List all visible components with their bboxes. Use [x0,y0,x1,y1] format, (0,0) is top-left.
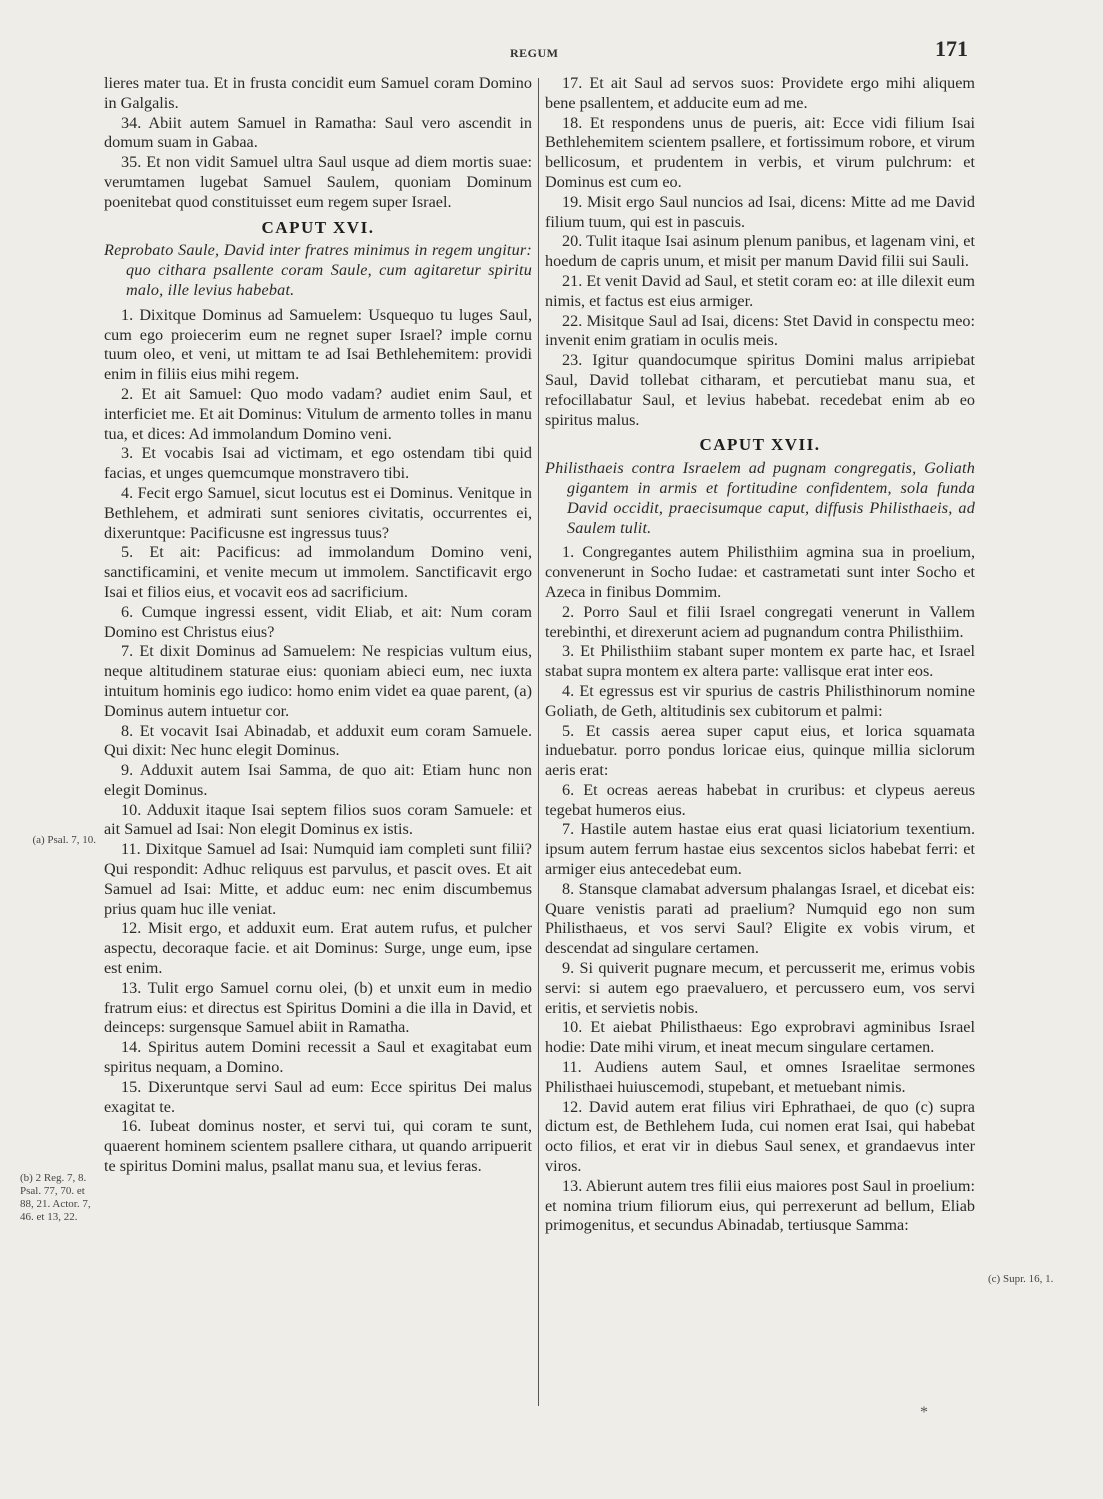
verse: 8. Stansque clamabat adversum phalangas … [545,880,975,959]
running-title: REGUM [510,46,559,61]
verse: 9. Adduxit autem Isai Samma, de quo ait:… [104,761,532,801]
book-page: REGUM 171 lieres mater tua. Et in frusta… [0,0,1103,1499]
verse: 22. Misitque Saul ad Isai, dicens: Stet … [545,312,975,352]
verse: 23. Igitur quandocumque spiritus Domini … [545,351,975,430]
verse: 16. Iubeat dominus noster, et servi tui,… [104,1117,532,1176]
verse: 8. Et vocavit Isai Abinadab, et adduxit … [104,722,532,762]
chapter-heading: CAPUT XVI. [104,218,532,238]
verse: 9. Si quiverit pugnare mecum, et percuss… [545,959,975,1018]
right-column: 17. Et ait Saul ad servos suos: Providet… [545,74,975,1236]
verse: 2. Porro Saul et filii Israel congregati… [545,603,975,643]
verse: 18. Et respondens unus de pueris, ait: E… [545,114,975,193]
chapter-summary: Philisthaeis contra Israelem ad pugnam c… [545,459,975,538]
verse: 19. Misit ergo Saul nuncios ad Isai, dic… [545,193,975,233]
verse: 13. Abierunt autem tres filii eius maior… [545,1177,975,1236]
verse: 12. Misit ergo, et adduxit eum. Erat aut… [104,919,532,978]
verse: 3. Et vocabis Isai ad victimam, et ego o… [104,444,532,484]
verse: 35. Et non vidit Samuel ultra Saul usque… [104,153,532,212]
verse-list: 1. Congregantes autem Philisthiim agmina… [545,543,975,1236]
verse-list: 1. Dixitque Dominus ad Samuelem: Usquequ… [104,306,532,1177]
verse: 6. Et ocreas aereas habebat in cruribus:… [545,781,975,821]
verse: 4. Fecit ergo Samuel, sicut locutus est … [104,484,532,543]
verse: 13. Tulit ergo Samuel cornu olei, (b) et… [104,979,532,1038]
verse: 6. Cumque ingressi essent, vidit Eliab, … [104,603,532,643]
verse: 1. Congregantes autem Philisthiim agmina… [545,543,975,602]
verse: 1. Dixitque Dominus ad Samuelem: Usquequ… [104,306,532,385]
verse: 21. Et venit David ad Saul, et stetit co… [545,272,975,312]
verse: 10. Et aiebat Philisthaeus: Ego exprobra… [545,1018,975,1058]
chapter-summary: Reprobato Saule, David inter fratres min… [104,241,532,300]
verse-list: 17. Et ait Saul ad servos suos: Providet… [545,74,975,430]
verse: 7. Hastile autem hastae eius erat quasi … [545,820,975,879]
verse: 4. Et egressus est vir spurius de castri… [545,682,975,722]
verse-continuation: lieres mater tua. Et in frusta concidit … [104,74,532,114]
left-column: lieres mater tua. Et in frusta concidit … [104,74,532,1177]
verse: 2. Et ait Samuel: Quo modo vadam? audiet… [104,385,532,444]
verse: 7. Et dixit Dominus ad Samuelem: Ne resp… [104,642,532,721]
verse: 10. Adduxit itaque Isai septem filios su… [104,801,532,841]
verse: 17. Et ait Saul ad servos suos: Providet… [545,74,975,114]
verse: 14. Spiritus autem Domini recessit a Sau… [104,1038,532,1078]
verse: 34. Abiit autem Samuel in Ramatha: Saul … [104,114,532,154]
page-number: 171 [935,36,968,62]
margin-note: (a) Psal. 7, 10. [30,834,96,847]
verse: 3. Et Philisthiim stabant super montem e… [545,642,975,682]
chapter-heading: CAPUT XVII. [545,435,975,455]
verse: 15. Dixeruntque servi Saul ad eum: Ecce … [104,1078,532,1118]
verse: 11. Dixitque Samuel ad Isai: Numquid iam… [104,840,532,919]
margin-note: (b) 2 Reg. 7, 8. Psal. 77, 70. et 88, 21… [20,1172,98,1224]
verse: 5. Et cassis aerea super caput eius, et … [545,722,975,781]
verse: 20. Tulit itaque Isai asinum plenum pani… [545,232,975,272]
margin-note: (c) Supr. 16, 1. [988,1273,1058,1286]
verse: 11. Audiens autem Saul, et omnes Israeli… [545,1058,975,1098]
column-divider [538,78,539,1406]
verse: 12. David autem erat filius viri Ephrath… [545,1098,975,1177]
verse: 5. Et ait: Pacificus: ad immolandum Domi… [104,543,532,602]
signature-mark: * [920,1404,928,1422]
